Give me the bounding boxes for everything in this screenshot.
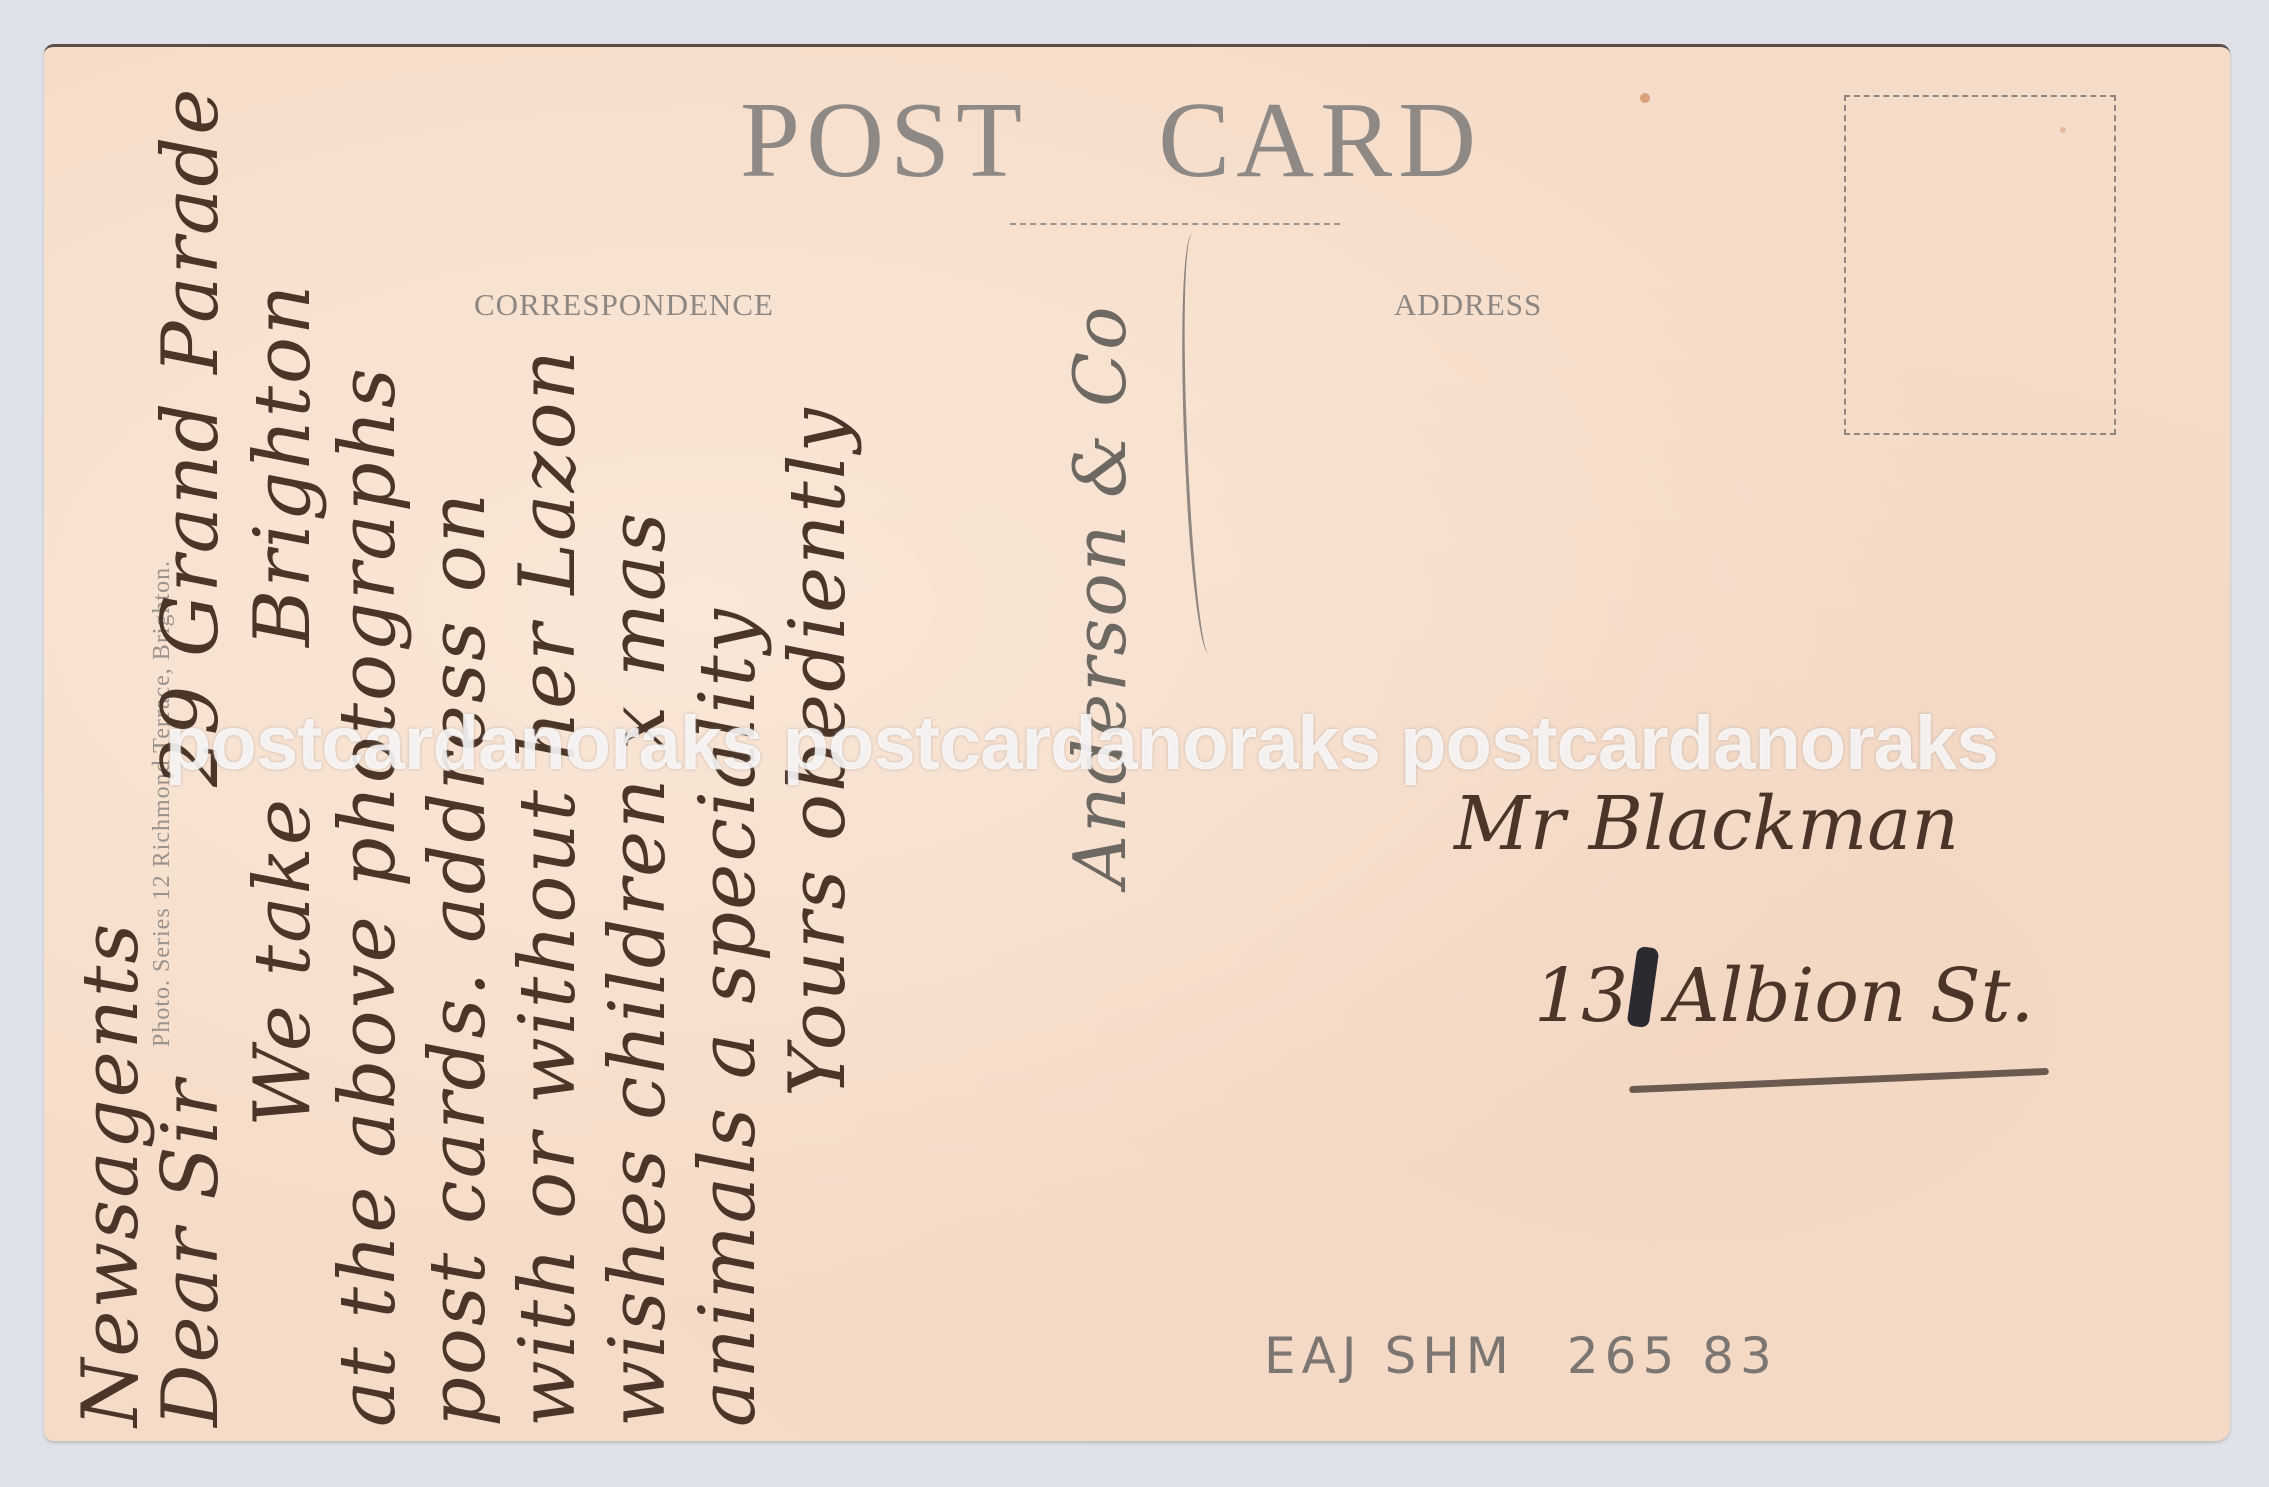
street-number: 13 xyxy=(1534,953,1628,1039)
handwritten-divider-line xyxy=(1173,232,1228,653)
message-line: Newsagents xyxy=(72,922,150,1427)
message-line: animals a speciality xyxy=(689,607,767,1427)
message-line: Dear Sir xyxy=(152,1078,230,1427)
printed-dashed-line xyxy=(1010,223,1340,225)
post-card-heading: POSTCARD xyxy=(740,87,1482,195)
message-line: We take xyxy=(244,797,322,1127)
postcard-back: POSTCARD CORRESPONDENCE ADDRESS Photo. S… xyxy=(44,44,2230,1441)
ref-initials: EAJ xyxy=(1264,1327,1363,1385)
ref-number: 265 83 xyxy=(1567,1327,1778,1385)
stamp-box xyxy=(1844,95,2116,435)
signature-line: Anderson & Co xyxy=(1064,305,1136,887)
recipient-street: 13Albion St. xyxy=(1534,947,2034,1033)
street-name: Albion St. xyxy=(1666,953,2034,1039)
correspondence-label: CORRESPONDENCE xyxy=(474,287,774,323)
ink-blot xyxy=(1627,946,1660,1028)
message-line: post cards. address on xyxy=(419,491,497,1427)
card-word: CARD xyxy=(1158,81,1482,200)
post-word: POST xyxy=(740,81,1028,200)
address-label: ADDRESS xyxy=(1394,287,1542,323)
message-line: wishes children x mas xyxy=(599,511,677,1427)
address-underline xyxy=(1629,1068,2049,1093)
message-line: Yours obediently xyxy=(779,406,857,1097)
message-line: with or without her Lazon xyxy=(509,348,587,1427)
reference-note: EAJ SHM 265 83 xyxy=(1264,1327,1778,1385)
ref-code: SHM xyxy=(1384,1327,1514,1385)
foxing-spot xyxy=(1640,93,1650,103)
message-line: at the above photographs xyxy=(329,366,407,1427)
foxing-spot xyxy=(2060,127,2066,133)
recipient-name: Mr Blackman xyxy=(1454,787,1959,861)
message-line: Brighton xyxy=(244,283,322,647)
message-line: 29 Grand Parade xyxy=(152,87,230,787)
